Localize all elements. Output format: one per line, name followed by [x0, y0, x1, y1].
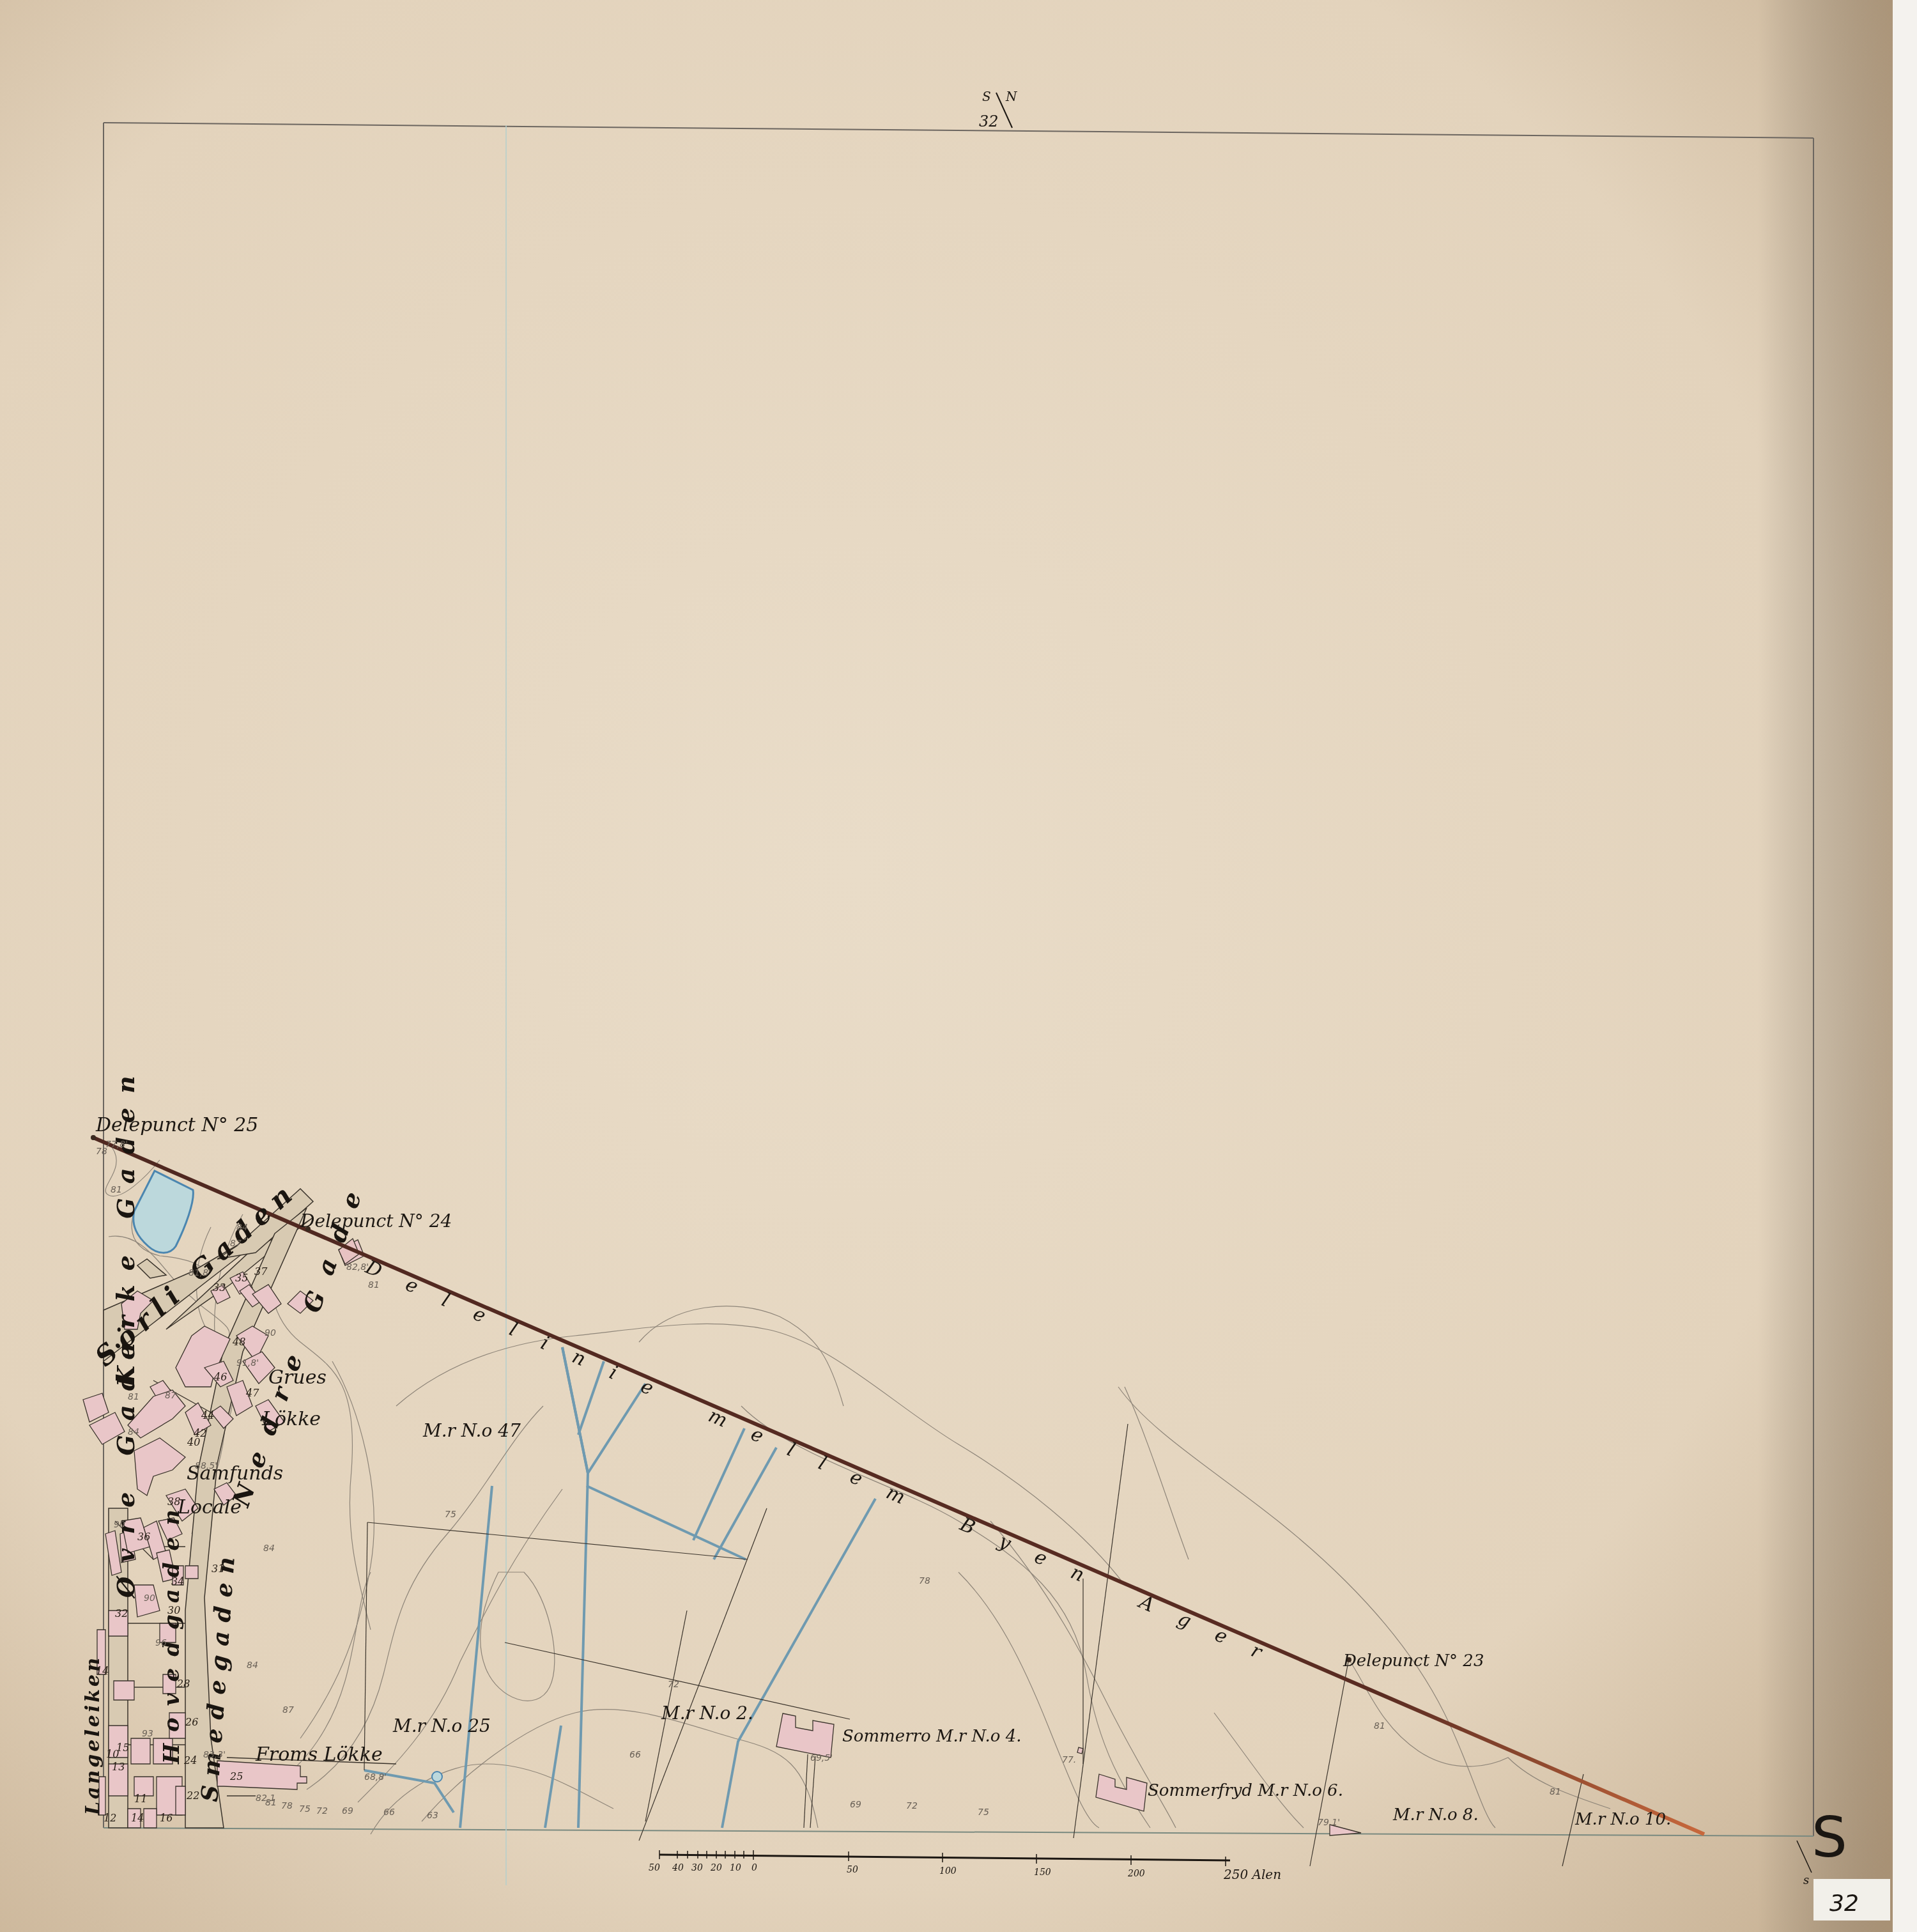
svg-text:10: 10	[730, 1863, 741, 1873]
svg-text:40: 40	[672, 1863, 684, 1873]
sheet-tag-number: 32	[1829, 1890, 1859, 1917]
parcel-47: M.r N.o 47	[422, 1420, 521, 1441]
svg-text:77,8': 77,8'	[105, 1140, 128, 1150]
svg-text:69: 69	[850, 1800, 861, 1810]
svg-text:81: 81	[368, 1280, 380, 1290]
svg-text:81: 81	[1374, 1721, 1385, 1731]
svg-text:37: 37	[254, 1265, 268, 1278]
svg-text:69: 69	[342, 1806, 353, 1816]
svg-text:75: 75	[445, 1510, 456, 1520]
svg-text:75: 75	[299, 1804, 311, 1814]
svg-text:69,5': 69,5'	[810, 1753, 833, 1763]
svg-text:30: 30	[691, 1863, 703, 1873]
svg-text:78: 78	[919, 1576, 930, 1586]
svg-text:96: 96	[155, 1638, 167, 1648]
svg-text:10: 10	[106, 1748, 119, 1760]
svg-text:44: 44	[201, 1409, 214, 1421]
svg-text:50: 50	[847, 1865, 858, 1875]
svg-text:26: 26	[185, 1716, 198, 1728]
svg-text:84: 84	[247, 1660, 258, 1671]
place-froms-lokke: Froms Lökke	[255, 1743, 383, 1766]
paper-background	[0, 0, 1893, 1932]
svg-text:72: 72	[316, 1806, 328, 1816]
svg-text:81: 81	[128, 1392, 139, 1402]
svg-text:200: 200	[1127, 1869, 1145, 1879]
svg-text:88,5': 88,5'	[195, 1461, 217, 1471]
parcel-25: M.r N.o 25	[392, 1715, 491, 1736]
svg-text:81: 81	[111, 1185, 122, 1195]
svg-text:72: 72	[906, 1801, 918, 1811]
svg-text:150: 150	[1034, 1867, 1051, 1878]
delepunct-24-label: Delepunct N° 24	[300, 1210, 452, 1232]
svg-text:250 Alen: 250 Alen	[1223, 1867, 1281, 1882]
svg-text:13: 13	[112, 1761, 125, 1773]
svg-text:78: 78	[96, 1147, 107, 1157]
parcel-10: M.r N.o 10.	[1574, 1810, 1671, 1829]
corner-letter: S	[1812, 1804, 1847, 1870]
svg-text:87: 87	[230, 1239, 242, 1249]
svg-text:82,8': 82,8'	[346, 1262, 369, 1272]
svg-text:38: 38	[167, 1495, 180, 1508]
svg-text:14: 14	[131, 1812, 144, 1824]
svg-text:12: 12	[104, 1812, 116, 1824]
svg-text:81: 81	[265, 1798, 277, 1808]
svg-text:63: 63	[427, 1811, 438, 1821]
cadastral-map-sheet: S N 32	[0, 0, 1917, 1932]
place-sommerfryd: Sommerfryd M.r N.o 6.	[1148, 1781, 1343, 1800]
svg-text:25: 25	[229, 1770, 243, 1782]
place-lokke: Lökke	[261, 1408, 321, 1430]
svg-text:s: s	[1803, 1874, 1809, 1887]
svg-text:48: 48	[232, 1336, 245, 1348]
svg-text:50: 50	[649, 1863, 660, 1873]
parcel-2: M.r N.o 2.	[661, 1703, 753, 1724]
svg-text:75: 75	[978, 1807, 989, 1818]
svg-text:28: 28	[176, 1678, 190, 1690]
svg-text:87: 87	[165, 1391, 176, 1401]
place-grues: Grues	[268, 1366, 327, 1389]
svg-text:66: 66	[629, 1750, 641, 1760]
svg-text:84: 84	[128, 1427, 139, 1437]
svg-text:91,8': 91,8'	[236, 1358, 259, 1368]
svg-text:90: 90	[114, 1520, 125, 1530]
svg-text:87: 87	[282, 1705, 294, 1715]
svg-text:90: 90	[265, 1328, 276, 1338]
svg-text:0: 0	[751, 1863, 757, 1873]
parcel-8: M.r N.o 8.	[1392, 1805, 1479, 1825]
svg-text:46: 46	[213, 1371, 227, 1383]
svg-text:31: 31	[212, 1563, 224, 1575]
svg-text:84: 84	[263, 1543, 275, 1554]
place-sommerro: Sommerro M.r N.o 4.	[842, 1727, 1022, 1746]
svg-text:47: 47	[245, 1387, 259, 1399]
svg-text:14: 14	[96, 1665, 109, 1677]
svg-text:36: 36	[137, 1531, 150, 1543]
svg-text:35: 35	[235, 1272, 248, 1284]
svg-text:66: 66	[383, 1807, 395, 1818]
svg-text:77.: 77.	[1062, 1755, 1076, 1765]
svg-text:34: 34	[171, 1575, 184, 1588]
svg-text:N: N	[1005, 89, 1018, 104]
svg-text:72: 72	[668, 1680, 679, 1690]
svg-text:100: 100	[939, 1866, 957, 1876]
svg-text:16: 16	[160, 1812, 173, 1824]
svg-text:68,8': 68,8'	[364, 1772, 387, 1782]
svg-text:24: 24	[183, 1754, 197, 1766]
svg-text:84: 84	[236, 1223, 248, 1233]
svg-text:20: 20	[710, 1863, 722, 1873]
street-label-hovedgaden: Hovedgaden	[159, 1498, 185, 1765]
svg-text:79.1': 79.1'	[1318, 1818, 1340, 1828]
svg-text:S: S	[982, 89, 991, 104]
svg-text:33: 33	[213, 1281, 226, 1294]
svg-text:32: 32	[115, 1607, 128, 1619]
street-label-ovre-gade: Øvre Gade	[111, 1331, 140, 1599]
street-label-langeleiken: Langeleiken	[82, 1655, 104, 1816]
svg-text:40: 40	[187, 1436, 200, 1448]
svg-text:30: 30	[167, 1604, 180, 1616]
svg-text:81,8': 81,8'	[189, 1268, 211, 1278]
svg-text:83,3': 83,3'	[203, 1750, 226, 1760]
sheet-number: 32	[979, 112, 999, 130]
delepunct-23-label: Delepunct N° 23	[1343, 1651, 1484, 1671]
well-icon	[432, 1772, 442, 1782]
place-locale: Locale	[177, 1496, 242, 1519]
svg-text:22: 22	[186, 1789, 199, 1802]
svg-text:81: 81	[1550, 1787, 1561, 1797]
svg-text:90: 90	[144, 1593, 155, 1604]
svg-text:78: 78	[281, 1801, 293, 1811]
svg-text:11: 11	[134, 1793, 147, 1805]
svg-text:93: 93	[142, 1729, 153, 1739]
